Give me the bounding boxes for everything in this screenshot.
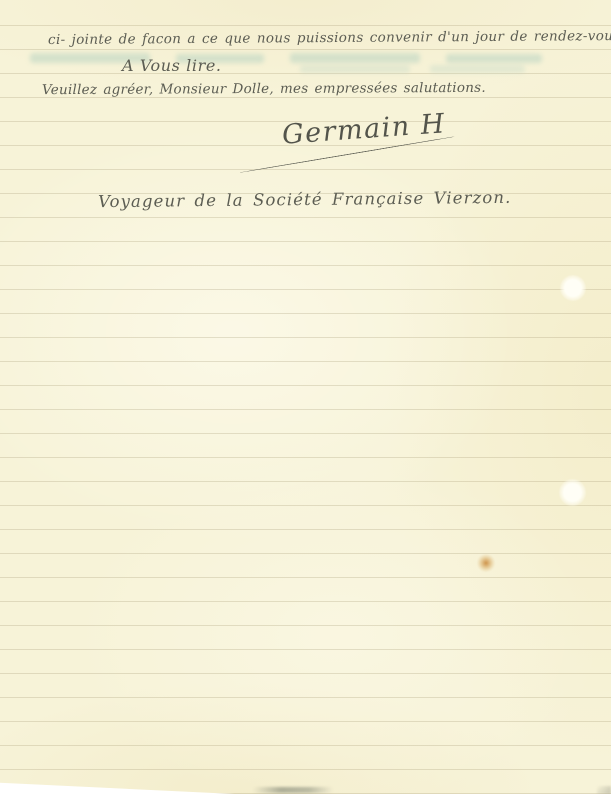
punch-hole-bottom bbox=[559, 479, 586, 506]
bottom-edge-smudge bbox=[253, 787, 333, 793]
verso-showthrough-band-2 bbox=[300, 64, 590, 74]
verso-showthrough-block bbox=[446, 54, 542, 63]
verso-showthrough-band bbox=[30, 51, 596, 65]
stain-spot bbox=[477, 554, 495, 572]
verso-showthrough-block bbox=[430, 65, 525, 73]
verso-showthrough-block bbox=[290, 53, 420, 63]
verso-showthrough-block bbox=[300, 65, 410, 73]
letter-body-line-2: A Vous lire. bbox=[122, 56, 222, 75]
letter-page: ci- jointe de facon a ce que nous puissi… bbox=[0, 0, 611, 794]
punch-hole-top bbox=[560, 275, 586, 301]
bottom-right-corner-shade bbox=[597, 786, 611, 794]
letter-body-line-3: Veuillez agréer, Monsieur Dolle, mes emp… bbox=[42, 80, 486, 98]
